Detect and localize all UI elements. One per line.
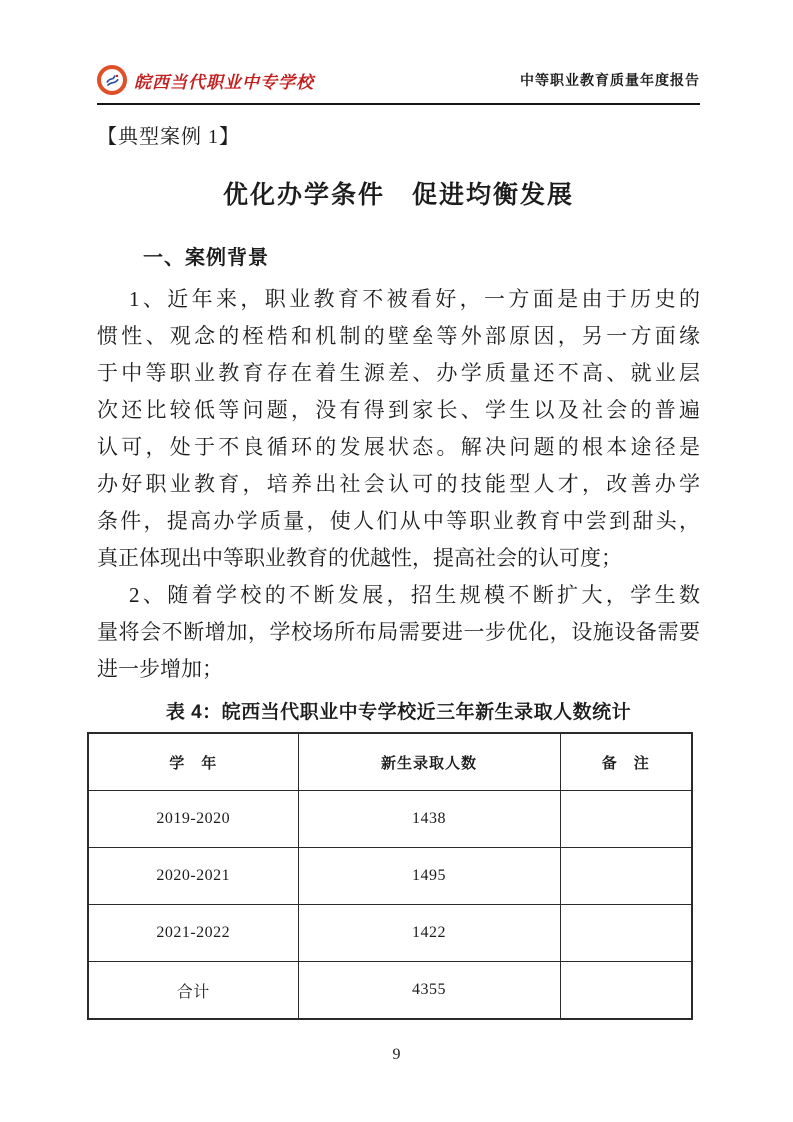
table-cell <box>560 905 692 962</box>
table-row: 2019-20201438 <box>88 791 692 848</box>
table-cell: 2020-2021 <box>88 848 298 905</box>
document-title: 优化办学条件 促进均衡发展 <box>97 175 700 211</box>
admissions-table: 学 年新生录取人数备 注 2019-202014382020-202114952… <box>87 732 693 1020</box>
paragraph-line: 真正体现出中等职业教育的优越性，提高社会的认可度； <box>97 540 700 577</box>
page-header: 皖西当代职业中专学校 中等职业教育质量年度报告 <box>97 64 700 105</box>
school-brand: 皖西当代职业中专学校 <box>97 65 314 95</box>
paragraph-line: 条件，提高办学质量，使人们从中等职业教育中尝到甜头， <box>97 503 700 540</box>
paragraph-line: 1、近年来，职业教育不被看好，一方面是由于历史的 <box>97 281 700 318</box>
table-header-cell: 学 年 <box>88 733 298 791</box>
table-caption: 表 4：皖西当代职业中专学校近三年新生录取人数统计 <box>97 697 700 724</box>
table-cell <box>560 962 692 1020</box>
table-cell: 1422 <box>298 905 560 962</box>
paragraph-line: 认可，处于不良循环的发展状态。解决问题的根本途径是 <box>97 429 700 466</box>
table-header-cell: 新生录取人数 <box>298 733 560 791</box>
paragraph-line: 次还比较低等问题，没有得到家长、学生以及社会的普遍 <box>97 392 700 429</box>
paragraph-line: 2、随着学校的不断发展，招生规模不断扩大，学生数 <box>97 577 700 614</box>
body-paragraphs: 1、近年来，职业教育不被看好，一方面是由于历史的惯性、观念的桎梏和机制的壁垒等外… <box>97 281 700 688</box>
section-heading: 一、案例背景 <box>143 241 700 270</box>
table-cell: 4355 <box>298 962 560 1020</box>
table-cell: 2019-2020 <box>88 791 298 848</box>
table-row: 2020-20211495 <box>88 848 692 905</box>
table-row: 2021-20221422 <box>88 905 692 962</box>
paragraph-line: 惯性、观念的桎梏和机制的壁垒等外部原因，另一方面缘 <box>97 318 700 355</box>
table-cell: 1438 <box>298 791 560 848</box>
table-cell: 2021-2022 <box>88 905 298 962</box>
paragraph: 2、随着学校的不断发展，招生规模不断扩大，学生数量将会不断增加，学校场所布局需要… <box>97 577 700 688</box>
case-label: 【典型案例 1】 <box>97 120 700 149</box>
table-header-cell: 备 注 <box>560 733 692 791</box>
table-cell: 合计 <box>88 962 298 1020</box>
paragraph-line: 于中等职业教育存在着生源差、办学质量还不高、就业层 <box>97 355 700 392</box>
page-number: 9 <box>0 1046 793 1064</box>
paragraph: 1、近年来，职业教育不被看好，一方面是由于历史的惯性、观念的桎梏和机制的壁垒等外… <box>97 281 700 577</box>
paragraph-line: 办好职业教育，培养出社会认可的技能型人才，改善办学 <box>97 466 700 503</box>
school-name: 皖西当代职业中专学校 <box>134 68 314 93</box>
table-cell <box>560 848 692 905</box>
table-cell: 1495 <box>298 848 560 905</box>
table-cell <box>560 791 692 848</box>
document-page: 皖西当代职业中专学校 中等职业教育质量年度报告 【典型案例 1】 优化办学条件 … <box>0 0 793 1122</box>
table-row: 合计4355 <box>88 962 692 1020</box>
table-header-row: 学 年新生录取人数备 注 <box>88 733 692 791</box>
school-seal-icon <box>97 65 127 95</box>
paragraph-line: 进一步增加； <box>97 651 700 688</box>
paragraph-line: 量将会不断增加，学校场所布局需要进一步优化，设施设备需要 <box>97 614 700 651</box>
report-title: 中等职业教育质量年度报告 <box>520 70 700 90</box>
